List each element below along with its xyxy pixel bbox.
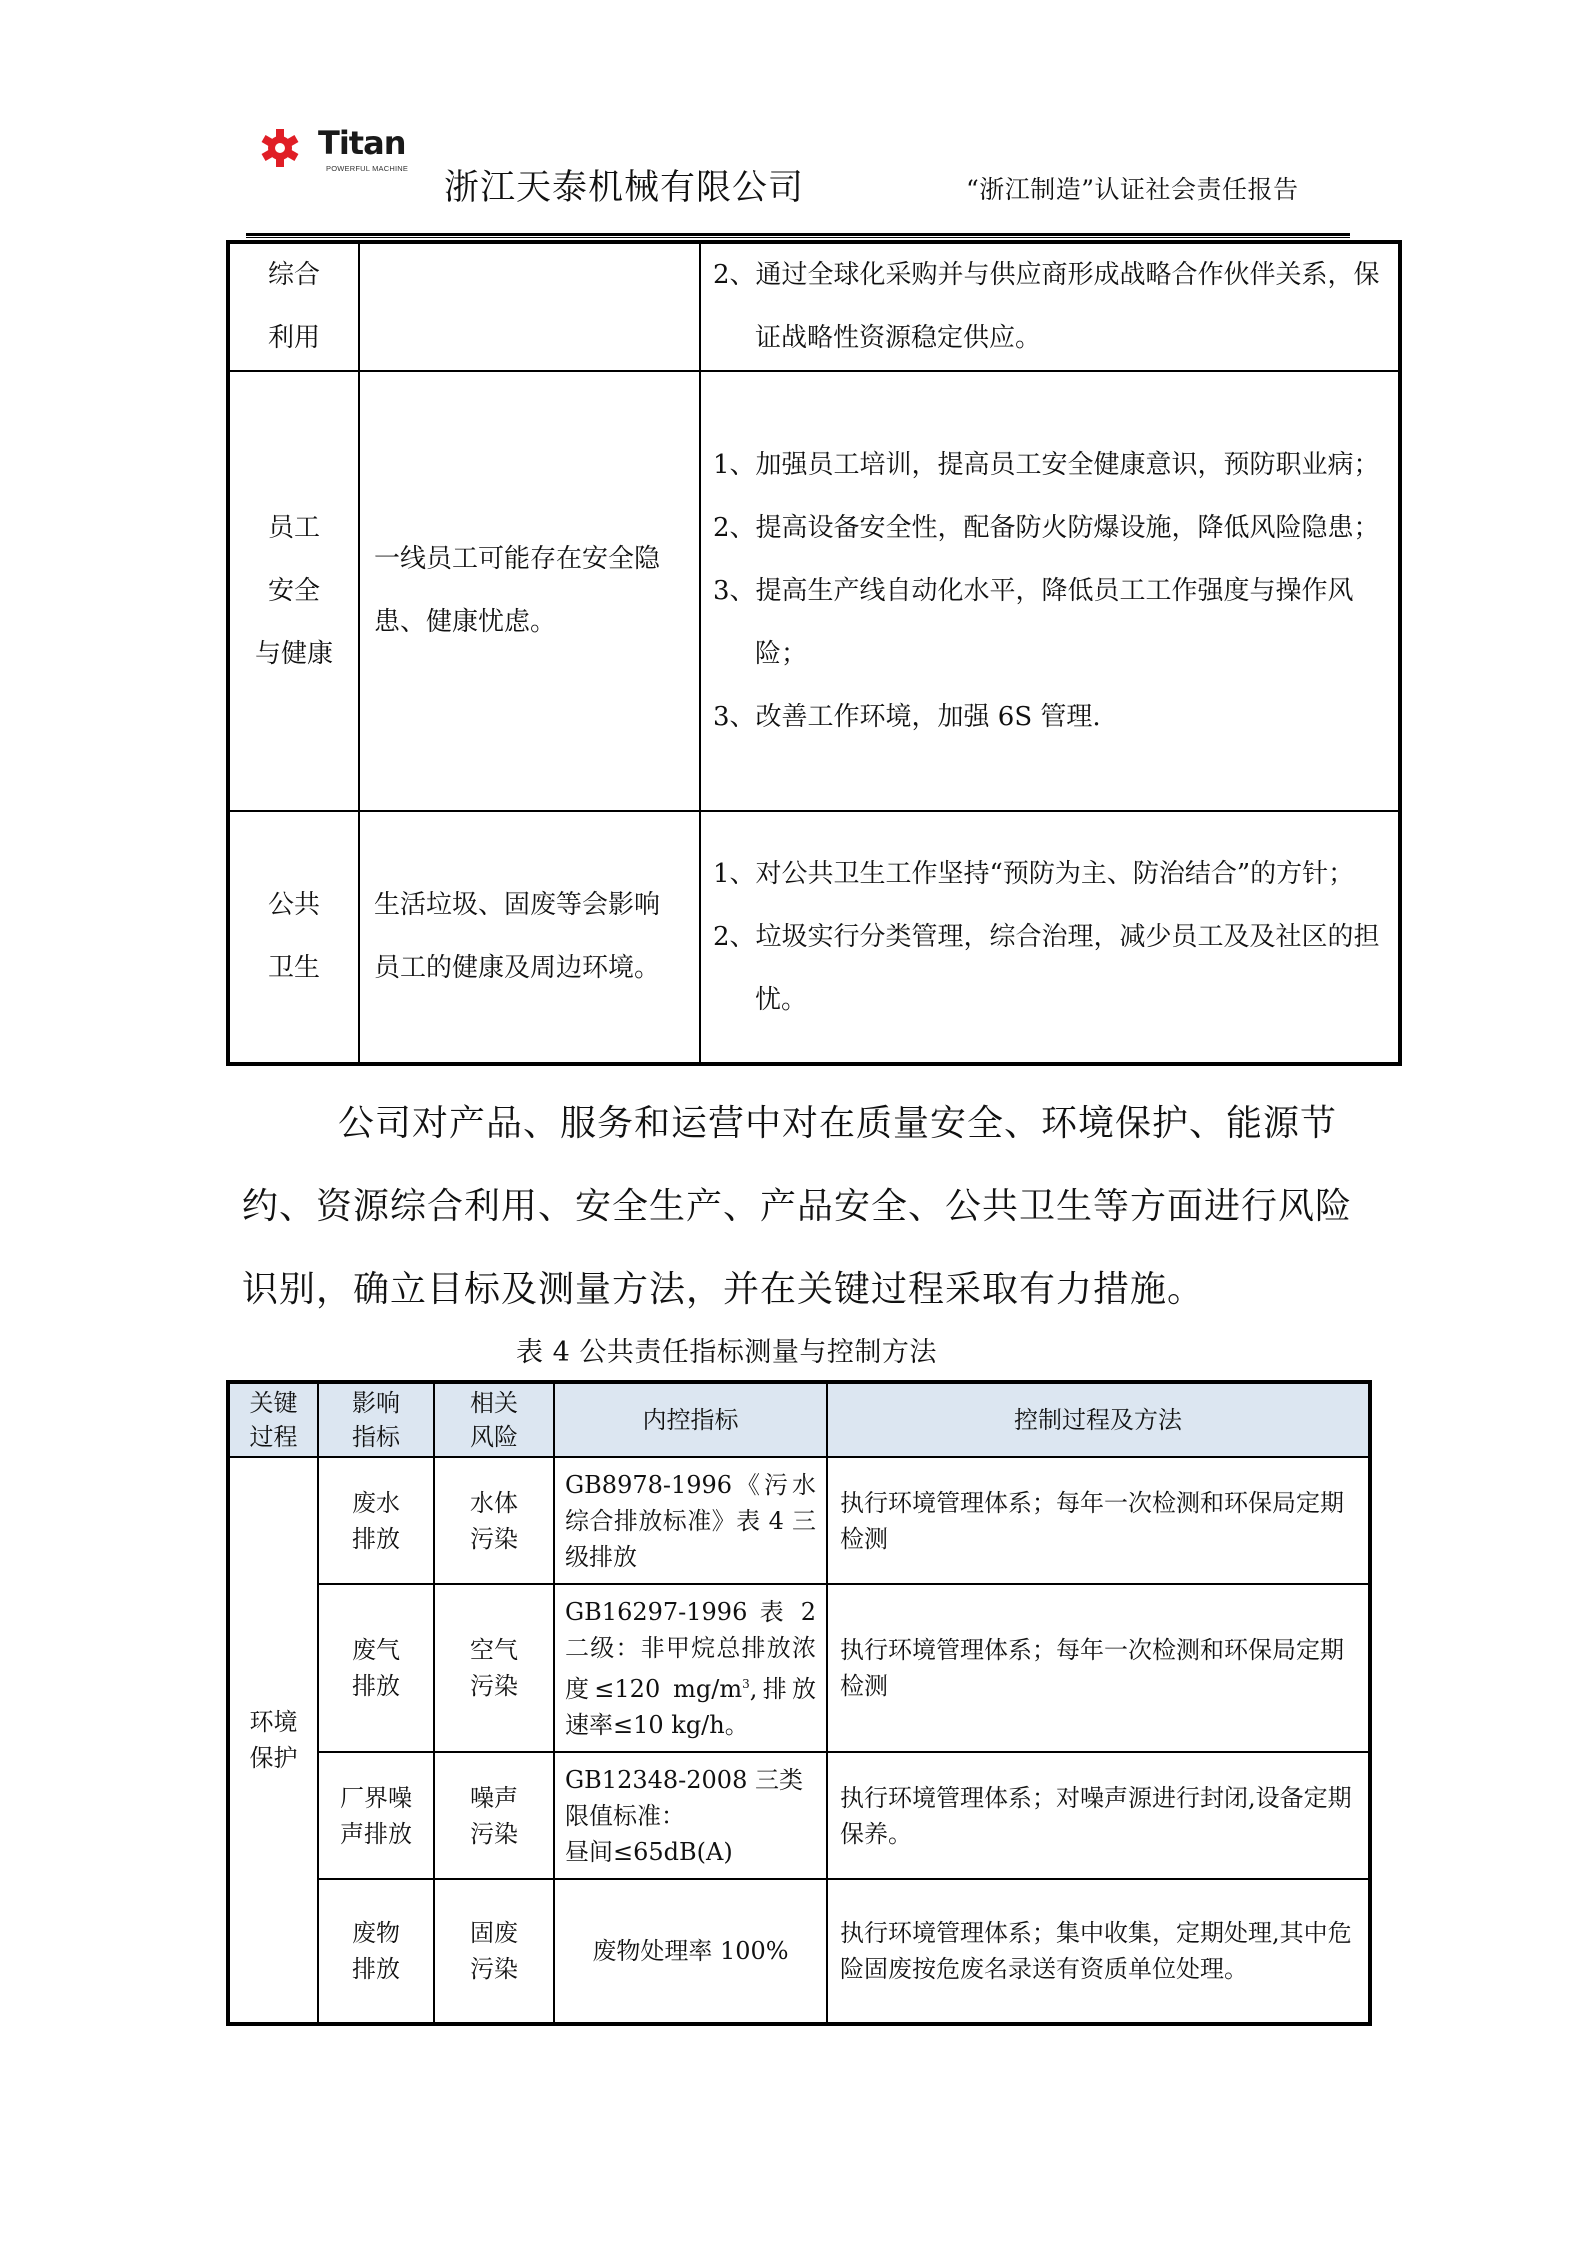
indicator-cell: 废气 排放 <box>318 1584 434 1752</box>
method-cell: 执行环境管理体系；集中收集，定期处理,其中危险固废按危废名录送有资质单位处理。 <box>827 1879 1370 2024</box>
risk-line: 水体 <box>443 1485 545 1521</box>
column-header: 内控指标 <box>554 1382 827 1457</box>
key-process-line: 环境 <box>234 1704 313 1740</box>
category-line: 利用 <box>230 307 358 370</box>
key-process-line: 保护 <box>234 1740 313 1776</box>
column-header: 相关 风险 <box>434 1382 554 1457</box>
header-line: 影响 <box>327 1386 425 1420</box>
risk-line: 污染 <box>443 1816 545 1852</box>
measure-item: 2、通过全球化采购并与供应商形成战略合作伙伴关系，保证战略性资源稳定供应。 <box>713 244 1386 370</box>
internal-control-line: 限值标准： <box>565 1798 816 1834</box>
public-responsibility-table: 关键 过程 影响 指标 相关 风险 内控指标 控制过程及方法 环境 保护 废水 … <box>226 1380 1372 2026</box>
table-caption: 表 4 公共责任指标测量与控制方法 <box>516 1330 937 1369</box>
risk-line: 污染 <box>443 1521 545 1557</box>
measure-item: 1、加强员工培训，提高员工安全健康意识，预防职业病； <box>713 434 1386 497</box>
company-name: 浙江天泰机械有限公司 <box>444 160 804 210</box>
method-cell: 执行环境管理体系；对噪声源进行封闭,设备定期保养。 <box>827 1752 1370 1879</box>
internal-control-cell: GB12348-2008 三类 限值标准： 昼间≤65dB(A) <box>554 1752 827 1879</box>
risk-line: 污染 <box>443 1951 545 1987</box>
paragraph-text: 公司对产品、服务和运营中对在质量安全、环境保护、能源节约、资源综合利用、安全生产… <box>242 1082 1362 1331</box>
indicator-line: 排放 <box>327 1521 425 1557</box>
category-cell: 综合 利用 <box>228 242 359 371</box>
key-process-cell: 环境 保护 <box>228 1457 318 2024</box>
category-line: 卫生 <box>230 937 358 1000</box>
risk-line: 固废 <box>443 1915 545 1951</box>
measures-cell: 1、加强员工培训，提高员工安全健康意识，预防职业病； 2、提高设备安全性，配备防… <box>700 371 1400 811</box>
indicator-line: 排放 <box>327 1668 425 1704</box>
internal-control-cell: 废物处理率 100% <box>554 1879 827 2024</box>
measure-item: 3、提高生产线自动化水平，降低员工工作强度与操作风险； <box>713 560 1386 686</box>
measure-item: 2、垃圾实行分类管理，综合治理，减少员工及及社区的担忧。 <box>713 906 1386 1032</box>
measures-cell: 2、通过全球化采购并与供应商形成战略合作伙伴关系，保证战略性资源稳定供应。 <box>700 242 1400 371</box>
risk-cell: 生活垃圾、固废等会影响员工的健康及周边环境。 <box>359 811 700 1064</box>
body-paragraph: 公司对产品、服务和运营中对在质量安全、环境保护、能源节约、资源综合利用、安全生产… <box>242 1082 1362 1331</box>
indicator-line: 厂界噪 <box>321 1780 431 1816</box>
header-line: 关键 <box>238 1386 309 1420</box>
risk-cell: 空气 污染 <box>434 1584 554 1752</box>
category-cell: 公共 卫生 <box>228 811 359 1064</box>
risk-cell: 噪声 污染 <box>434 1752 554 1879</box>
category-line: 安全 <box>230 560 358 623</box>
indicator-line: 废气 <box>327 1632 425 1668</box>
category-line: 综合 <box>230 244 358 307</box>
header-line: 相关 <box>443 1386 545 1420</box>
header-line: 指标 <box>327 1420 425 1454</box>
risk-line: 空气 <box>443 1632 545 1668</box>
risk-line: 噪声 <box>443 1780 545 1816</box>
indicator-line: 废物 <box>327 1915 425 1951</box>
table-header-row: 关键 过程 影响 指标 相关 风险 内控指标 控制过程及方法 <box>228 1382 1370 1457</box>
table-row: 废气 排放 空气 污染 GB16297-1996 表 2 二级：非甲烷总排放浓度… <box>228 1584 1370 1752</box>
report-title: “浙江制造”认证社会责任报告 <box>966 170 1299 206</box>
internal-control-cell: GB8978-1996《污水综合排放标准》表 4 三级排放 <box>554 1457 827 1584</box>
method-cell: 执行环境管理体系；每年一次检测和环保局定期检测 <box>827 1457 1370 1584</box>
internal-control-line: 昼间≤65dB(A) <box>565 1834 816 1870</box>
internal-control-cell: GB16297-1996 表 2 二级：非甲烷总排放浓度≤120 mg/m3,排… <box>554 1584 827 1752</box>
table-row: 环境 保护 废水 排放 水体 污染 GB8978-1996《污水综合排放标准》表… <box>228 1457 1370 1584</box>
gear-icon <box>260 128 300 168</box>
risk-cell <box>359 242 700 371</box>
indicator-line: 声排放 <box>321 1816 431 1852</box>
header-line: 风险 <box>443 1420 545 1454</box>
indicator-cell: 厂界噪 声排放 <box>318 1752 434 1879</box>
category-cell: 员工 安全 与健康 <box>228 371 359 811</box>
category-line: 与健康 <box>230 623 358 686</box>
table-row: 废物 排放 固废 污染 废物处理率 100% 执行环境管理体系；集中收集，定期处… <box>228 1879 1370 2024</box>
column-header: 影响 指标 <box>318 1382 434 1457</box>
table-row: 员工 安全 与健康 一线员工可能存在安全隐患、健康忧虑。 1、加强员工培训，提高… <box>228 371 1400 811</box>
indicator-cell: 废物 排放 <box>318 1879 434 2024</box>
table-row: 公共 卫生 生活垃圾、固废等会影响员工的健康及周边环境。 1、对公共卫生工作坚持… <box>228 811 1400 1064</box>
measure-item: 1、对公共卫生工作坚持“预防为主、防治结合”的方针； <box>713 843 1386 906</box>
risk-cell: 固废 污染 <box>434 1879 554 2024</box>
measure-item: 2、提高设备安全性，配备防火防爆设施，降低风险隐患； <box>713 497 1386 560</box>
header-line: 过程 <box>238 1420 309 1454</box>
table-row: 厂界噪 声排放 噪声 污染 GB12348-2008 三类 限值标准： 昼间≤6… <box>228 1752 1370 1879</box>
category-line: 公共 <box>230 874 358 937</box>
column-header: 控制过程及方法 <box>827 1382 1370 1457</box>
table-row: 综合 利用 2、通过全球化采购并与供应商形成战略合作伙伴关系，保证战略性资源稳定… <box>228 242 1400 371</box>
column-header: 关键 过程 <box>228 1382 318 1457</box>
indicator-line: 排放 <box>327 1951 425 1987</box>
category-line: 员工 <box>230 497 358 560</box>
measure-item: 3、改善工作环境，加强 6S 管理. <box>713 686 1386 749</box>
internal-control-line: GB12348-2008 三类 <box>565 1762 816 1798</box>
risk-cell: 水体 污染 <box>434 1457 554 1584</box>
company-logo: Titan POWERFUL MACHINE <box>260 128 430 178</box>
risk-cell: 一线员工可能存在安全隐患、健康忧虑。 <box>359 371 700 811</box>
indicator-cell: 废水 排放 <box>318 1457 434 1584</box>
method-cell: 执行环境管理体系；每年一次检测和环保局定期检测 <box>827 1584 1370 1752</box>
header-divider <box>246 233 1350 238</box>
risk-line: 污染 <box>443 1668 545 1704</box>
indicator-line: 废水 <box>327 1485 425 1521</box>
risk-measures-table: 综合 利用 2、通过全球化采购并与供应商形成战略合作伙伴关系，保证战略性资源稳定… <box>226 240 1402 1066</box>
logo-tagline: POWERFUL MACHINE <box>326 164 408 173</box>
measures-cell: 1、对公共卫生工作坚持“预防为主、防治结合”的方针； 2、垃圾实行分类管理，综合… <box>700 811 1400 1064</box>
logo-wordmark: Titan <box>318 124 405 162</box>
superscript: 3 <box>742 1677 750 1691</box>
